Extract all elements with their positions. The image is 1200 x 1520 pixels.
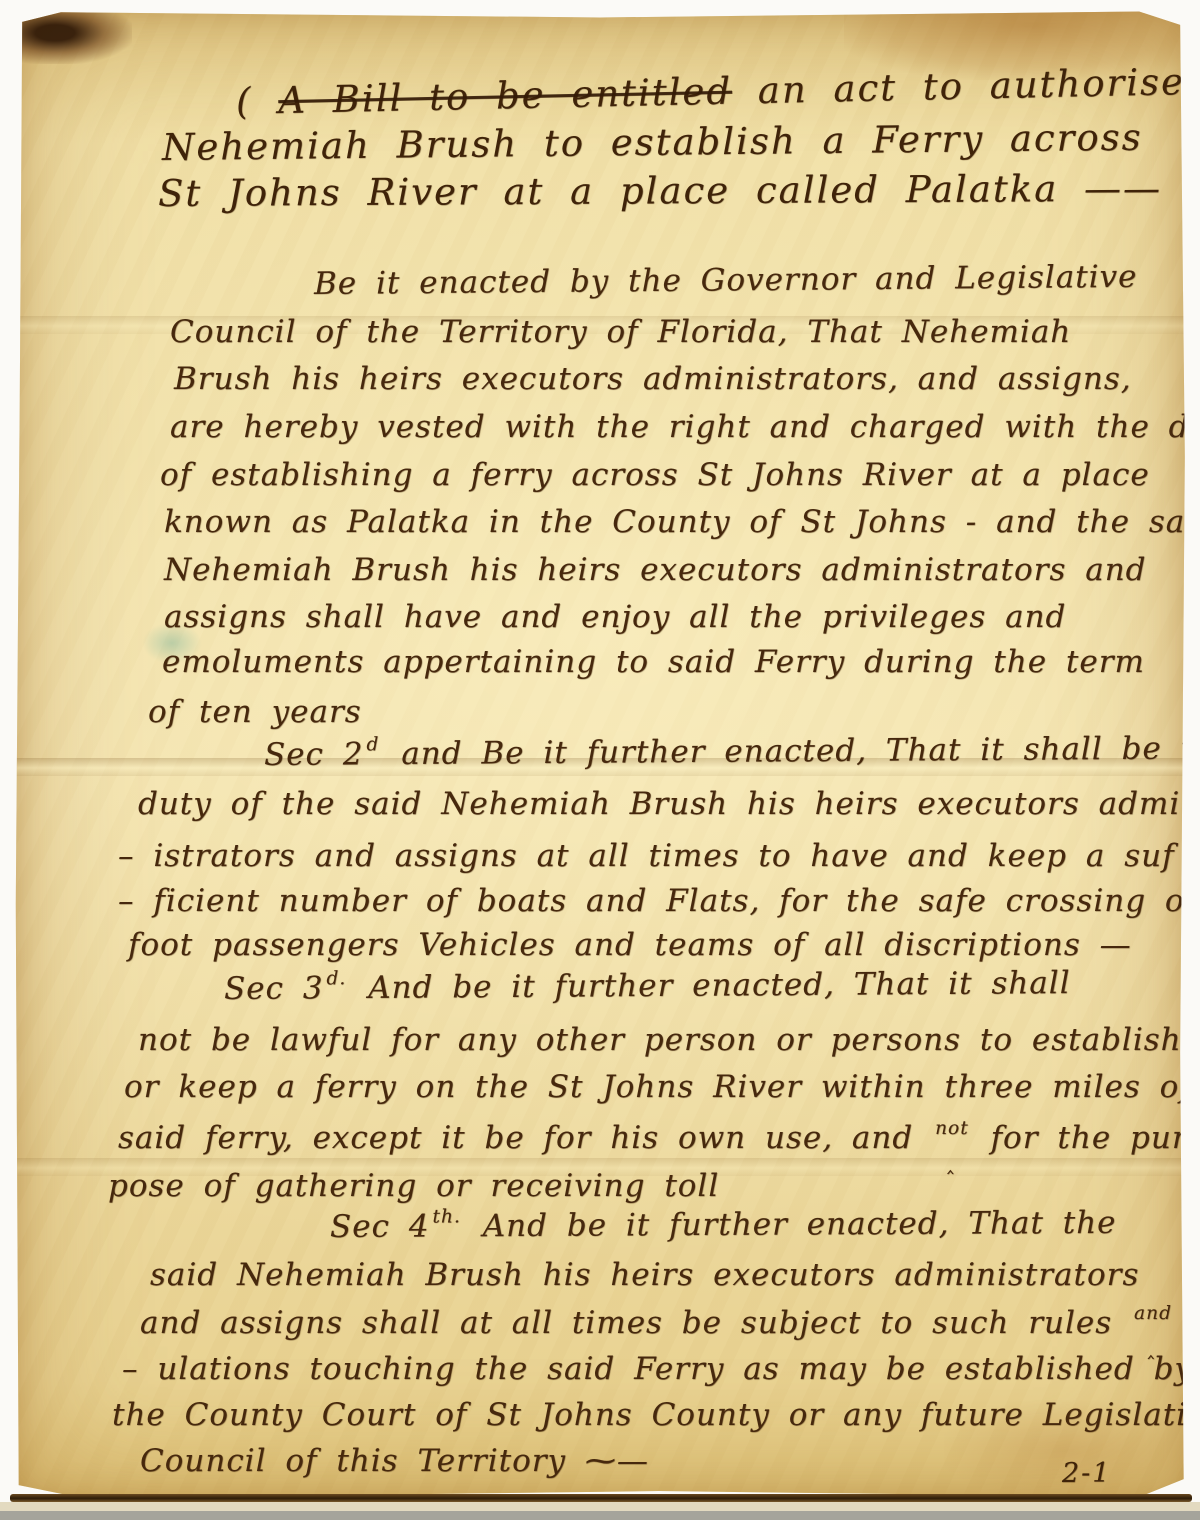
handwritten-text: not be lawful for any other person or pe… (138, 1022, 1182, 1058)
handwritten-text: – istrators and assigns at all times to … (118, 838, 1200, 874)
inserted-word: and (1134, 1303, 1172, 1324)
handwritten-text: Brush his heirs executors administrators… (174, 361, 1132, 397)
enacting-line-6: known as Palatka in the County of St Joh… (164, 504, 1200, 540)
enacting-line-7: Nehemiah Brush his heirs executors admin… (164, 552, 1147, 588)
enacting-line-5: of establishing a ferry across St Johns … (160, 457, 1150, 493)
handwritten-text: for the pur- (972, 1120, 1199, 1156)
manuscript-page: ( A Bill to be entitled an act to author… (14, 10, 1186, 1500)
enacting-line-2: Council of the Territory of Florida, Tha… (170, 314, 1071, 350)
handwritten-text: Council of this Territory ⁓— (140, 1443, 649, 1479)
enacting-line-10: of ten years (148, 694, 362, 730)
title-line-3: St Johns River at a place called Palatka… (158, 167, 1162, 215)
handwritten-text: known as Palatka in the County of St Joh… (164, 504, 1200, 540)
handwritten-text: of ten years (148, 694, 362, 730)
handwritten-text: – ficient number of boats and Flats, for… (118, 883, 1197, 919)
handwritten-text: or keep a ferry on the St Johns River wi… (124, 1069, 1192, 1105)
section2-line-2: duty of the said Nehemiah Brush his heir… (138, 786, 1200, 822)
inserted-word: th. (432, 1206, 460, 1227)
page-bottom-edge-shadow (10, 1494, 1192, 1502)
page-number: 2-1 (1062, 1458, 1111, 1489)
handwritten-text: Be it enacted by the Governor and Legisl… (314, 259, 1138, 302)
handwritten-text: St Johns River at a place called Palatka… (158, 167, 1162, 215)
handwritten-text: said ferry, except it be for his own use… (118, 1120, 932, 1156)
handwritten-text: assigns shall have and enjoy all the pri… (164, 599, 1066, 635)
handwritten-text: ( (236, 79, 279, 123)
handwritten-text: the County Court of St Johns County or a… (112, 1397, 1200, 1433)
handwritten-text: pose of gathering or receiving toll (108, 1168, 719, 1204)
enacting-line-9: emoluments appertaining to said Ferry du… (162, 644, 1145, 680)
enacting-line-4: are hereby vested with the right and cha… (170, 409, 1200, 445)
section3-line-5: pose of gathering or receiving toll (108, 1168, 719, 1204)
handwritten-text: – ulations touching the said Ferry as ma… (122, 1351, 1193, 1387)
section2-line-4: – ficient number of boats and Flats, for… (118, 883, 1197, 919)
title-line-1: ( A Bill to be entitled an act to author… (236, 60, 1186, 123)
handwritten-text-block: ( A Bill to be entitled an act to author… (14, 10, 1186, 1500)
struck-out-text: A Bill to be entitled (278, 70, 733, 122)
section3-line-3: or keep a ferry on the St Johns River wi… (124, 1069, 1192, 1105)
inserted-word: d. (326, 968, 346, 989)
underlying-page-edge (0, 1502, 1200, 1511)
handwritten-text: reg- (1175, 1305, 1200, 1341)
section3-line-1: Sec 3d. And be it further enacted, That … (224, 965, 1071, 1007)
handwritten-text: Sec 2 (264, 736, 364, 773)
handwritten-text: And be it further enacted, That the (464, 1205, 1117, 1244)
scanner-background-strip (0, 1511, 1200, 1520)
document-scan: ( A Bill to be entitled an act to author… (0, 0, 1200, 1520)
section4-line-2: said Nehemiah Brush his heirs executors … (150, 1257, 1139, 1293)
section4-line-6: Council of this Territory ⁓— (140, 1443, 649, 1479)
section3-line-4: said ferry, except it be for his own use… (118, 1120, 1199, 1156)
handwritten-text: are hereby vested with the right and cha… (170, 409, 1200, 445)
section2-line-1: Sec 2d and Be it further enacted, That i… (264, 730, 1200, 773)
enacting-line-8: assigns shall have and enjoy all the pri… (164, 599, 1066, 635)
handwritten-text: And be it further enacted, That it shall (349, 965, 1070, 1006)
handwritten-text: duty of the said Nehemiah Brush his heir… (138, 786, 1200, 822)
title-line-2: Nehemiah Brush to establish a Ferry acro… (162, 116, 1143, 169)
enacting-line-1: Be it enacted by the Governor and Legisl… (314, 259, 1138, 302)
handwritten-text: said Nehemiah Brush his heirs executors … (150, 1257, 1139, 1293)
section4-line-1: Sec 4th. And be it further enacted, That… (330, 1205, 1117, 1245)
section4-line-5: the County Court of St Johns County or a… (112, 1397, 1200, 1433)
section4-line-4: – ulations touching the said Ferry as ma… (122, 1351, 1193, 1387)
section4-line-3: and assigns shall at all times be subjec… (140, 1305, 1200, 1341)
handwritten-text: Council of the Territory of Florida, Tha… (170, 314, 1071, 350)
handwritten-text: an act to authorise (732, 60, 1186, 112)
handwritten-text: emoluments appertaining to said Ferry du… (162, 644, 1145, 680)
section3-line-2: not be lawful for any other person or pe… (138, 1022, 1182, 1058)
handwritten-text: Nehemiah Brush to establish a Ferry acro… (162, 116, 1143, 169)
handwritten-text: foot passengers Vehicles and teams of al… (128, 927, 1132, 963)
handwritten-text: and Be it further enacted, That it shall… (382, 730, 1200, 772)
handwritten-text: of establishing a ferry across St Johns … (160, 457, 1150, 493)
enacting-line-3: Brush his heirs executors administrators… (174, 361, 1132, 397)
section2-line-5: foot passengers Vehicles and teams of al… (128, 927, 1132, 963)
handwritten-text: Sec 3 (224, 970, 324, 1007)
section2-line-3: – istrators and assigns at all times to … (118, 838, 1200, 874)
handwritten-text: Nehemiah Brush his heirs executors admin… (164, 552, 1147, 588)
handwritten-text: Sec 4 (330, 1208, 430, 1245)
inserted-word: d (366, 734, 379, 755)
inserted-word: not (935, 1118, 969, 1139)
handwritten-text: and assigns shall at all times be subjec… (140, 1305, 1131, 1341)
